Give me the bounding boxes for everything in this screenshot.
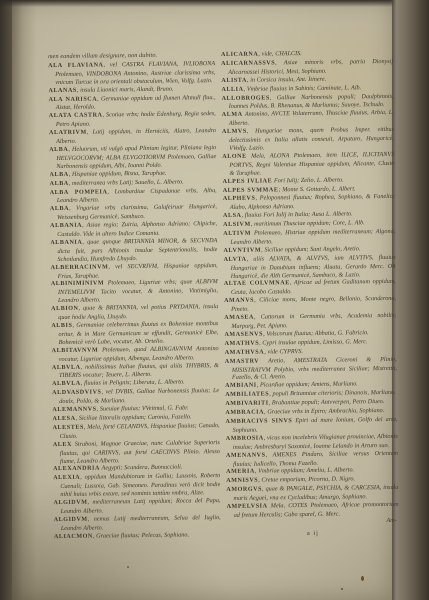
dictionary-entry: ALPHEVS, Peloponnesi fluuius; Rophea, So… — [223, 193, 395, 212]
entry-lemma: ALANAS — [48, 87, 76, 93]
entry-lemma: ALBINIMINIVM — [51, 281, 104, 288]
entry-lemma: ALESA — [52, 416, 75, 422]
entry-lemma: AMBIANI — [225, 383, 257, 389]
entry-lemma: ALLOBROGES — [222, 95, 270, 102]
entry-lemma: ALBIS — [51, 323, 72, 329]
entry-body: Fori Iulij; Zelio, L. Alberto. — [272, 176, 343, 184]
dictionary-entry: ALBERRACINVM, vel SECVRIVM, Hispaniae op… — [51, 262, 218, 281]
dictionary-entry: ALBINIMINIVM Ptolemaeo, Liguriae vrbs; q… — [51, 279, 218, 306]
entry-lemma: ALA NARISCA — [49, 96, 98, 103]
dictionary-entry: ALBA, Heluorum, vti vulgò apud Plinium l… — [49, 144, 216, 171]
entry-lemma: ALBVLA — [52, 364, 81, 370]
entry-body: , Ciliciae mons, Monte negro, Bellonio, … — [231, 295, 396, 313]
entry-lemma: ALMA — [222, 112, 243, 118]
dictionary-entry: ALEX Straboni, Magnae Graeciae, nunc Cal… — [53, 439, 220, 466]
dictionary-entry: ALTAE COLVMNAE, Africae ad fretum Gadita… — [224, 278, 396, 297]
text-block: men eandem villam designare, non dubito.… — [48, 49, 399, 553]
catchword: Am- — [386, 517, 396, 524]
entry-body: Aegypti; Scandera, Buonaccioli. — [100, 464, 183, 472]
dictionary-entry: ALA FLAVIANA, vel CASTRA FLAVIANA, IVLIO… — [48, 60, 215, 87]
dictionary-entry: AMASTRV Aretio, AMESTRATA Ciceroni & Pli… — [225, 355, 397, 382]
entry-lemma: ALICARNA — [221, 52, 258, 58]
photo-edge-left — [0, 0, 12, 600]
entry-body: , Vmbriae oppidum; Amelia, L. Alberto. — [255, 467, 354, 475]
entry-body: , aliis ALVATA, & ALVTVS, iam ALVTIVS, f… — [231, 254, 396, 280]
dictionary-entry: ALVTA, aliis ALVATA, & ALVTVS, iam ALVTI… — [224, 254, 396, 281]
entry-lemma: ALBA — [50, 206, 69, 212]
entry-lemma: ALVTA — [224, 256, 247, 262]
entry-body: , Picardiae oppidum; Amiens, Marliano. — [257, 381, 358, 389]
entry-body: , Germaniae celeberrimus fluuius ex Bohe… — [58, 320, 218, 346]
entry-lemma: ALBVLA — [52, 381, 81, 387]
entry-body: , Cattorum in Germania vrbs, Academia no… — [231, 312, 396, 330]
entry-body: , vide CYPRVS. — [264, 348, 303, 355]
dictionary-entry: ALBANIA, Asiae regio; Zuiria, Alphonso A… — [50, 220, 217, 239]
dictionary-entry: ALATA CASTRA, Scotiae vrbs; hodie Edenbu… — [49, 110, 216, 129]
entry-body: , Sueuiae fluuius; VVeitmul, G. Fabr. — [97, 404, 189, 412]
entry-lemma: ALPES IVLIAE — [223, 178, 273, 185]
entry-lemma: ALEMANNVS — [52, 407, 96, 414]
page-stain — [127, 566, 129, 568]
entry-lemma: ALVNTIVM — [223, 247, 261, 253]
entry-lemma: AMBRACIA — [225, 410, 264, 416]
entry-lemma: ALGIDVM — [53, 500, 87, 506]
entry-body: , vide, CHALCIS. — [258, 50, 302, 58]
entry-lemma: ALBA POMPEIA — [50, 189, 108, 196]
entry-body: , oppidum Mandubiorum in Gallia; Lauxois… — [60, 472, 220, 498]
dictionary-entry: ALA NARISCA, Germaniae oppidum ad flumen… — [49, 94, 216, 113]
dictionary-entry: AMBRACIVS SINVS Epiri ad mare Ionium, Go… — [225, 416, 397, 435]
dictionary-entry: ALICARNASSVS, Asiae minoris vrbs, patria… — [221, 58, 393, 77]
entry-body: , Siciliae oppidum; Sant Angelo, Aretio. — [261, 245, 360, 253]
dictionary-entry: ALONE Mela, ALONA Ptolemaeo, item ILICE,… — [222, 151, 394, 178]
entry-body: , Heluorum, vti vulgò apud Plinium legit… — [56, 144, 216, 170]
entry-lemma: AMANVS — [224, 298, 254, 304]
entry-lemma: ALGIDVM — [54, 517, 88, 523]
book-page-photo: men eandem villam designare, non dubito.… — [0, 0, 429, 600]
entry-body: , mediterranea vrbs Latij; Sauello, L. A… — [69, 178, 184, 186]
entry-lemma: AMBROSIA — [226, 435, 264, 441]
entry-lemma: ALPES SVMMAE — [223, 187, 279, 194]
dictionary-entry: ALGIDVM, nemus Latij mediterraneum, Selu… — [54, 514, 221, 533]
entry-body: , fluuius in Pelignis; Liberata, L. Albe… — [81, 379, 185, 387]
entry-lemma: ALATRIVM — [49, 130, 87, 136]
entry-lemma: AMASEA — [224, 315, 254, 321]
entry-lemma: ALATA CASTRA — [49, 113, 103, 120]
dictionary-entry: AMPELVSIA Mela, COTES Ptolemaeo, Africae… — [227, 501, 399, 520]
entry-lemma: ALBA — [49, 172, 68, 178]
entry-lemma: AMBRACIVS SINVS — [225, 418, 292, 425]
dictionary-entry: ALATRIVM, Latij oppidum, in Herniciis, A… — [49, 127, 216, 146]
entry-body: , Vngariae vrbs clarissima, Gulafeiruar … — [57, 203, 217, 221]
entry-lemma: ALBION — [51, 306, 78, 312]
entry-lemma: ALBANIA — [50, 223, 82, 229]
entry-lemma: ALA FLAVIANA — [48, 62, 103, 69]
entry-body: , Peloponnesi fluuius; Rophea, Sophiano,… — [230, 193, 395, 211]
entry-body: , maritimum Thusciae oppidum; Core, L. A… — [251, 219, 365, 227]
dictionary-entry: AMENANVS, AMENES Pindaro, Siciliae versu… — [226, 449, 398, 468]
left-entries: ALA FLAVIANA, vel CASTRA FLAVIANA, IVLIO… — [48, 60, 221, 542]
dictionary-entry: ALDVASDVIVS, vel DVBIS, Galliae Narbonen… — [52, 387, 219, 406]
entry-body: , in Corsica insula, Ant. Itinere. — [247, 75, 326, 83]
entry-lemma: AMATHVS — [225, 340, 260, 346]
dictionary-entry: ALBVLA, nobilissimus Italiae fluuius, qu… — [52, 362, 219, 381]
entry-lemma: ALBITAVNVM — [52, 347, 99, 354]
entry-body: , Volscorum fluuius; Abbatia, G. Fabrici… — [263, 329, 369, 337]
entry-lemma: ALBANIA — [50, 240, 82, 246]
entry-lemma: AMATHVSA — [225, 349, 265, 355]
dictionary-entry: ALIACMON, Graeciae fluuius; Pelecas, Sop… — [54, 531, 221, 542]
entry-body: Ptolemaeo, Histriae oppidum mediterraneu… — [230, 228, 395, 246]
entry-body: , Cypri insulae oppidum, Limisso, G. Mer… — [259, 338, 367, 346]
entry-body: , insula Liuonici maris, Alandt, Bruno. — [77, 85, 174, 93]
dictionary-entry: ALLOBROGES, Galliae Narbonensis populi; … — [222, 92, 394, 111]
entry-body: , Graeciae vrbs in Epiro; Ambrachia, Sop… — [264, 407, 384, 415]
entry-lemma: AMBIVARITI — [225, 401, 268, 408]
entry-body: , Cretae emporium, Picorna, D. Nigro. — [258, 476, 355, 484]
dictionary-entry: ALGIDVM, mediterraneum Latij oppidum; Ro… — [53, 497, 220, 516]
entry-body: , Hispaniae oppidum, Bisna, Taraphae. — [69, 169, 167, 177]
entry-body: , fluuius Fori Iulij in Italia; Ausa L. … — [241, 211, 352, 219]
entry-lemma: ALSIVM — [223, 222, 251, 228]
dictionary-entry: ALTIVM Ptolemaeo, Histriae oppidum medit… — [223, 228, 395, 247]
entry-lemma: AMERIA — [226, 469, 255, 475]
entry-lemma: ALTIVM — [223, 231, 251, 237]
entry-body: , populi Britanniae citerioris; Dinanois… — [269, 389, 396, 398]
entry-lemma: ALPHEVS — [223, 196, 256, 202]
page-stain — [341, 588, 343, 590]
right-column: ALICARNA, vide, CHALCIS.ALICARNASSVS, As… — [221, 49, 399, 532]
entry-lemma: ALBA — [49, 147, 68, 153]
entry-body: Mela, ALONA Ptolemaeo, item ILICE, ILICI… — [229, 151, 394, 177]
entry-lemma: ALISTA — [221, 77, 247, 83]
entry-body: , Graeciae fluuius; Pelecas, Sophiano. — [93, 531, 189, 539]
entry-body: , quae quoque BRITANNIA MINOR, & SECVNDA… — [57, 237, 217, 263]
dictionary-entry: ALEXIA, oppidum Mandubiorum in Gallia; L… — [53, 472, 220, 499]
entry-body: Antonino, AVCTE Volaterrano, Thusciae fl… — [229, 109, 394, 127]
dictionary-entry: ALMVS, Hungariae mons, quem Probus Imper… — [222, 126, 394, 153]
entry-lemma: ALDVASDVIVS — [52, 390, 101, 397]
dictionary-entry: AMASEA, Cattorum in Germania vrbs, Acade… — [224, 312, 396, 331]
dictionary-entry: ALBIS, Germaniae celeberrimus fluuius ex… — [51, 320, 218, 347]
entry-lemma: ALONE — [222, 154, 246, 160]
dictionary-entry: AMANVS, Ciliciae mons, Monte negro, Bell… — [224, 295, 396, 314]
entry-lemma: ALIACMON — [54, 533, 93, 539]
dictionary-entry: ALESTES, Mela, forté CELANDVS, Hispaniae… — [53, 422, 220, 441]
entry-lemma: AMASTRV — [225, 358, 260, 364]
photo-edge-top — [0, 0, 429, 7]
dictionary-entry: ALBITAVNVM Ptolemaeo, quod ALBINGAVNVM A… — [52, 345, 219, 364]
entry-lemma: ALTAE COLVMNAE — [224, 281, 290, 288]
entry-lemma: AMORGVS — [226, 487, 262, 493]
entry-body: , nobilissimus Italiae fluuius, qui alià… — [59, 362, 219, 380]
entry-body: , Mela, forté CELANDVS, Hispaniae fluuiu… — [60, 422, 220, 440]
page-stain — [361, 576, 364, 581]
right-entries: ALICARNA, vide, CHALCIS.ALICARNASSVS, As… — [221, 49, 399, 520]
entry-lemma: ALEXIA — [53, 475, 80, 481]
entry-body: , Asiae regio; Zuiria, Alphonso Adriano;… — [57, 220, 217, 238]
entry-lemma: ALSA — [223, 213, 242, 219]
entry-lemma: ALBA — [50, 180, 69, 186]
entry-lemma: AMENANVS — [226, 452, 266, 458]
entry-lemma: AMASENVS — [224, 331, 263, 337]
entry-lemma: ALESTES — [53, 425, 84, 431]
entry-lemma: AMNISVS — [226, 478, 258, 484]
entry-body: , Brabantiae populi; Antvverpen, Petro D… — [269, 398, 385, 406]
entry-lemma: AMPELVSIA — [227, 503, 268, 510]
dictionary-entry: ALMA Antonino, AVCTE Volaterrano, Thusci… — [222, 109, 394, 128]
left-column: men eandem villam designare, non dubito.… — [48, 51, 221, 542]
dictionary-entry: ALBANIA, quae quoque BRITANNIA MINOR, & … — [50, 237, 217, 264]
page-gutter-shadow — [11, 0, 37, 600]
entry-lemma: ALMVS — [222, 129, 247, 135]
entry-body: , quae & BRITANNIA, vel potius PRYDANIA,… — [58, 303, 218, 321]
dictionary-entry: ALBA POMPEIA, Lombardiae Cispadanae vrbs… — [50, 187, 217, 206]
footer-line: a ij Am- — [227, 521, 399, 532]
dictionary-entry: ALBION, quae & BRITANNIA, vel potius PRY… — [51, 303, 218, 322]
entry-lemma: ALICARNASSVS — [221, 60, 275, 67]
entry-lemma: ALEXANDRIA — [53, 466, 100, 473]
dictionary-entry: ALBA, Vngariae vrbs clarissima, Gulafeir… — [50, 203, 217, 222]
entry-lemma: AMBILIATES — [225, 392, 269, 399]
entry-body: Straboni, Magnae Graeciae, nunc Calabria… — [60, 439, 220, 465]
entry-body: ; Monte S. Gottardo, L. Albert. — [278, 185, 355, 193]
entry-body: , Siciliae littoralis oppidum; Caronia, … — [76, 413, 192, 421]
entry-lemma: ALEX — [53, 442, 72, 448]
dictionary-entry: AMORGVS, quae & PANGALE, PSYCHIA, & CARC… — [226, 484, 398, 503]
entry-lemma: ALBERRACINVM — [51, 264, 109, 271]
entry-lemma: ALLIA — [221, 86, 243, 92]
entry-body: , Hungariae mons, quem Probus Imper. vit… — [229, 126, 394, 152]
entry-body: , Vmbriae fluuius in Sabinis; Caminate, … — [243, 84, 361, 92]
dictionary-entry: AMBROSIA, vicus non incelebris Vilugiana… — [226, 433, 398, 452]
signature-mark: a ij — [307, 530, 319, 537]
